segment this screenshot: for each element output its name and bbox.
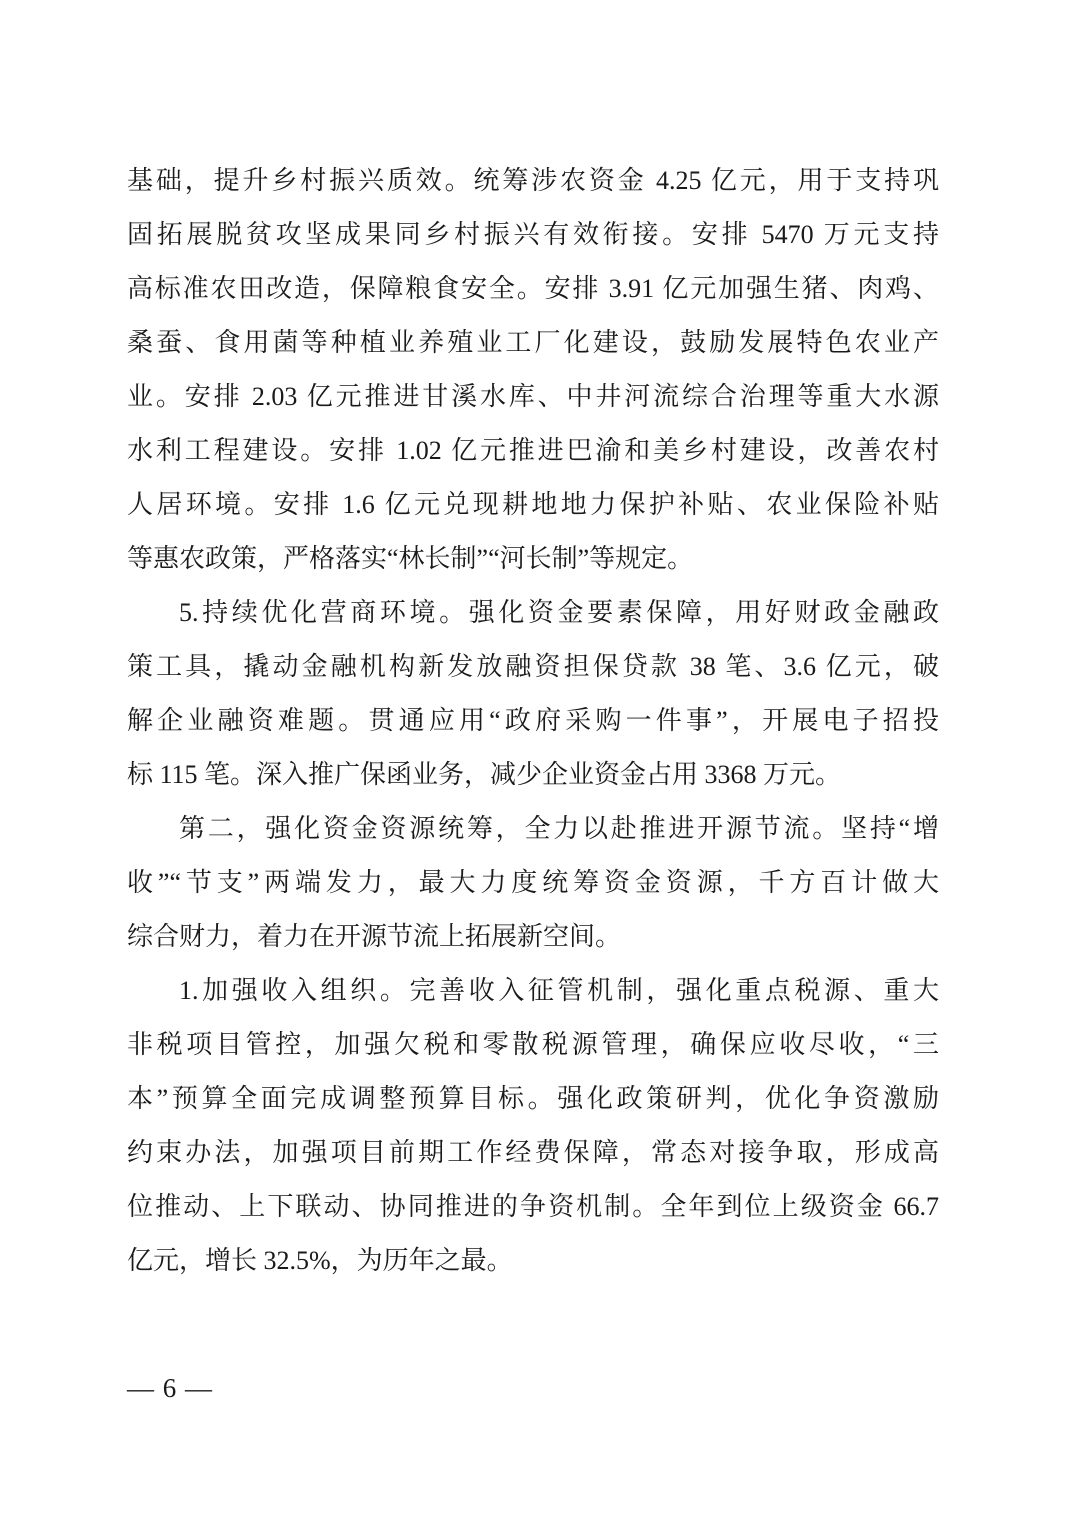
text-line: 1.加强收入组织。完善收入征管机制，强化重点税源、重大 xyxy=(127,964,939,1018)
text-line: 人居环境。安排 1.6 亿元兑现耕地地力保护补贴、农业保险补贴 xyxy=(127,478,939,532)
document-page: 基础，提升乡村振兴质效。统筹涉农资金 4.25 亿元，用于支持巩 固拓展脱贫攻坚… xyxy=(0,0,1074,1520)
text-line: 第二，强化资金资源统筹，全力以赴推进开源节流。坚持“增 xyxy=(127,802,939,856)
text-line: 业。安排 2.03 亿元推进甘溪水库、中井河流综合治理等重大水源 xyxy=(127,370,939,424)
text-line: 水利工程建设。安排 1.02 亿元推进巴渝和美乡村建设，改善农村 xyxy=(127,424,939,478)
text-line: 桑蚕、食用菌等种植业养殖业工厂化建设，鼓励发展特色农业产 xyxy=(127,316,939,370)
text-line: 高标准农田改造，保障粮食安全。安排 3.91 亿元加强生猪、肉鸡、 xyxy=(127,262,939,316)
text-line: 标 115 笔。深入推广保函业务，减少企业资金占用 3368 万元。 xyxy=(127,748,939,802)
text-line: 策工具，撬动金融机构新发放融资担保贷款 38 笔、3.6 亿元，破 xyxy=(127,640,939,694)
page-number: — 6 — xyxy=(127,1368,213,1408)
text-line: 等惠农政策，严格落实“林长制”“河长制”等规定。 xyxy=(127,532,939,586)
text-line: 5.持续优化营商环境。强化资金要素保障，用好财政金融政 xyxy=(127,586,939,640)
text-line: 位推动、上下联动、协同推进的争资机制。全年到位上级资金 66.7 xyxy=(127,1180,939,1234)
text-line: 基础，提升乡村振兴质效。统筹涉农资金 4.25 亿元，用于支持巩 xyxy=(127,154,939,208)
body-text: 基础，提升乡村振兴质效。统筹涉农资金 4.25 亿元，用于支持巩 固拓展脱贫攻坚… xyxy=(127,154,939,1288)
text-line: 综合财力，着力在开源节流上拓展新空间。 xyxy=(127,910,939,964)
text-line: 亿元，增长 32.5%，为历年之最。 xyxy=(127,1234,939,1288)
text-line: 解企业融资难题。贯通应用“政府采购一件事”，开展电子招投 xyxy=(127,694,939,748)
text-line: 收”“节支”两端发力，最大力度统筹资金资源，千方百计做大 xyxy=(127,856,939,910)
text-line: 非税项目管控，加强欠税和零散税源管理，确保应收尽收，“三 xyxy=(127,1018,939,1072)
text-line: 固拓展脱贫攻坚成果同乡村振兴有效衔接。安排 5470 万元支持 xyxy=(127,208,939,262)
text-line: 本”预算全面完成调整预算目标。强化政策研判，优化争资激励 xyxy=(127,1072,939,1126)
text-line: 约束办法，加强项目前期工作经费保障，常态对接争取，形成高 xyxy=(127,1126,939,1180)
